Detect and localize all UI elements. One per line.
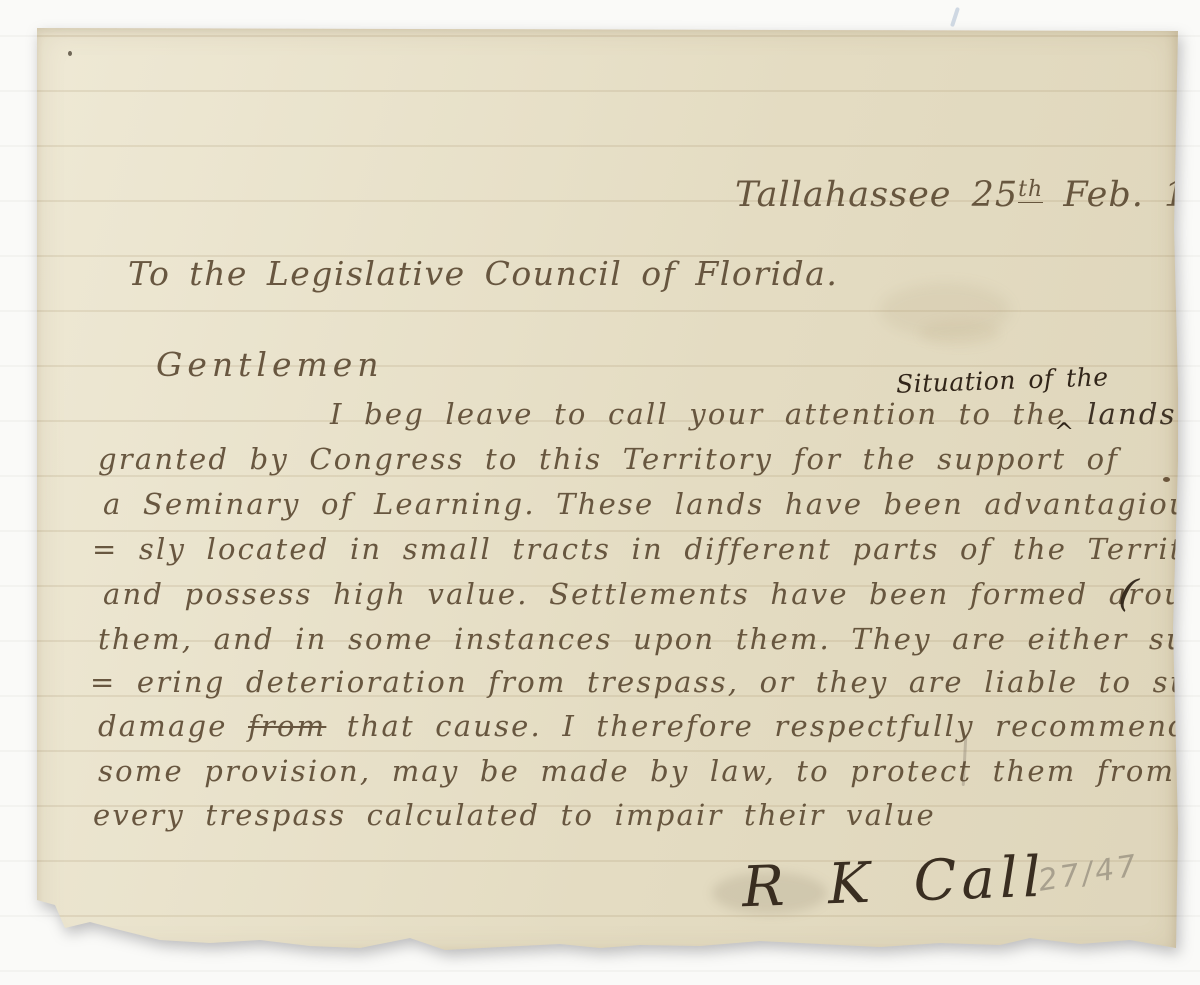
body-line-10: every trespass calculated to impair thei… [93,798,936,832]
paper-stain [920,320,1000,346]
interlinear-insertion: Situation of the [896,362,1109,398]
body-line-8-post: that cause. I therefore respectfully rec… [326,709,1200,743]
dateline-place-day: Tallahassee 25 [735,175,1018,215]
dateline-ordinal: th [1018,177,1043,203]
signature: R K Call [741,845,1047,921]
body-line-4: = sly located in small tracts in differe… [92,532,1200,566]
salutation: Gentlemen [156,345,384,384]
body-line-1-text: I beg leave to call your attention to th… [330,397,1087,431]
body-line-8-pre: damage [98,709,248,743]
letter-paper: Tallahassee 25th Feb. 1842 To the Legisl… [37,28,1178,953]
letter-paper-wrapper: Tallahassee 25th Feb. 1842 To the Legisl… [37,28,1178,953]
body-line-5: and possess high value. Settlements have… [103,577,1200,611]
ink-speck [68,51,72,56]
body-line-3: a Seminary of Learning. These lands have… [103,487,1200,521]
ink-dot [1163,477,1170,482]
struck-word: from [248,709,326,743]
archival-number: 27/47 [1036,848,1142,898]
dateline: Tallahassee 25th Feb. 1842 [735,175,1200,215]
body-line-1: I beg leave to call your attention to th… [330,397,1177,431]
scan-artifact [950,7,960,27]
scanned-letter-scan: Tallahassee 25th Feb. 1842 To the Legisl… [0,0,1200,985]
body-line-7: = ering deterioration from trespass, or … [90,665,1200,699]
body-line-9: some provision, may be made by law, to p… [98,754,1175,788]
dateline-month-year: Feb. 1842 [1043,175,1200,215]
body-line-6: them, and in some instances upon them. T… [98,622,1200,656]
body-line-2: granted by Congress to this Territory fo… [98,442,1119,476]
body-line-8: damage from that cause. I therefore resp… [98,709,1200,743]
recipient-line: To the Legislative Council of Florida. [128,254,838,293]
body-line-1-ref-word: lands [1087,397,1177,431]
